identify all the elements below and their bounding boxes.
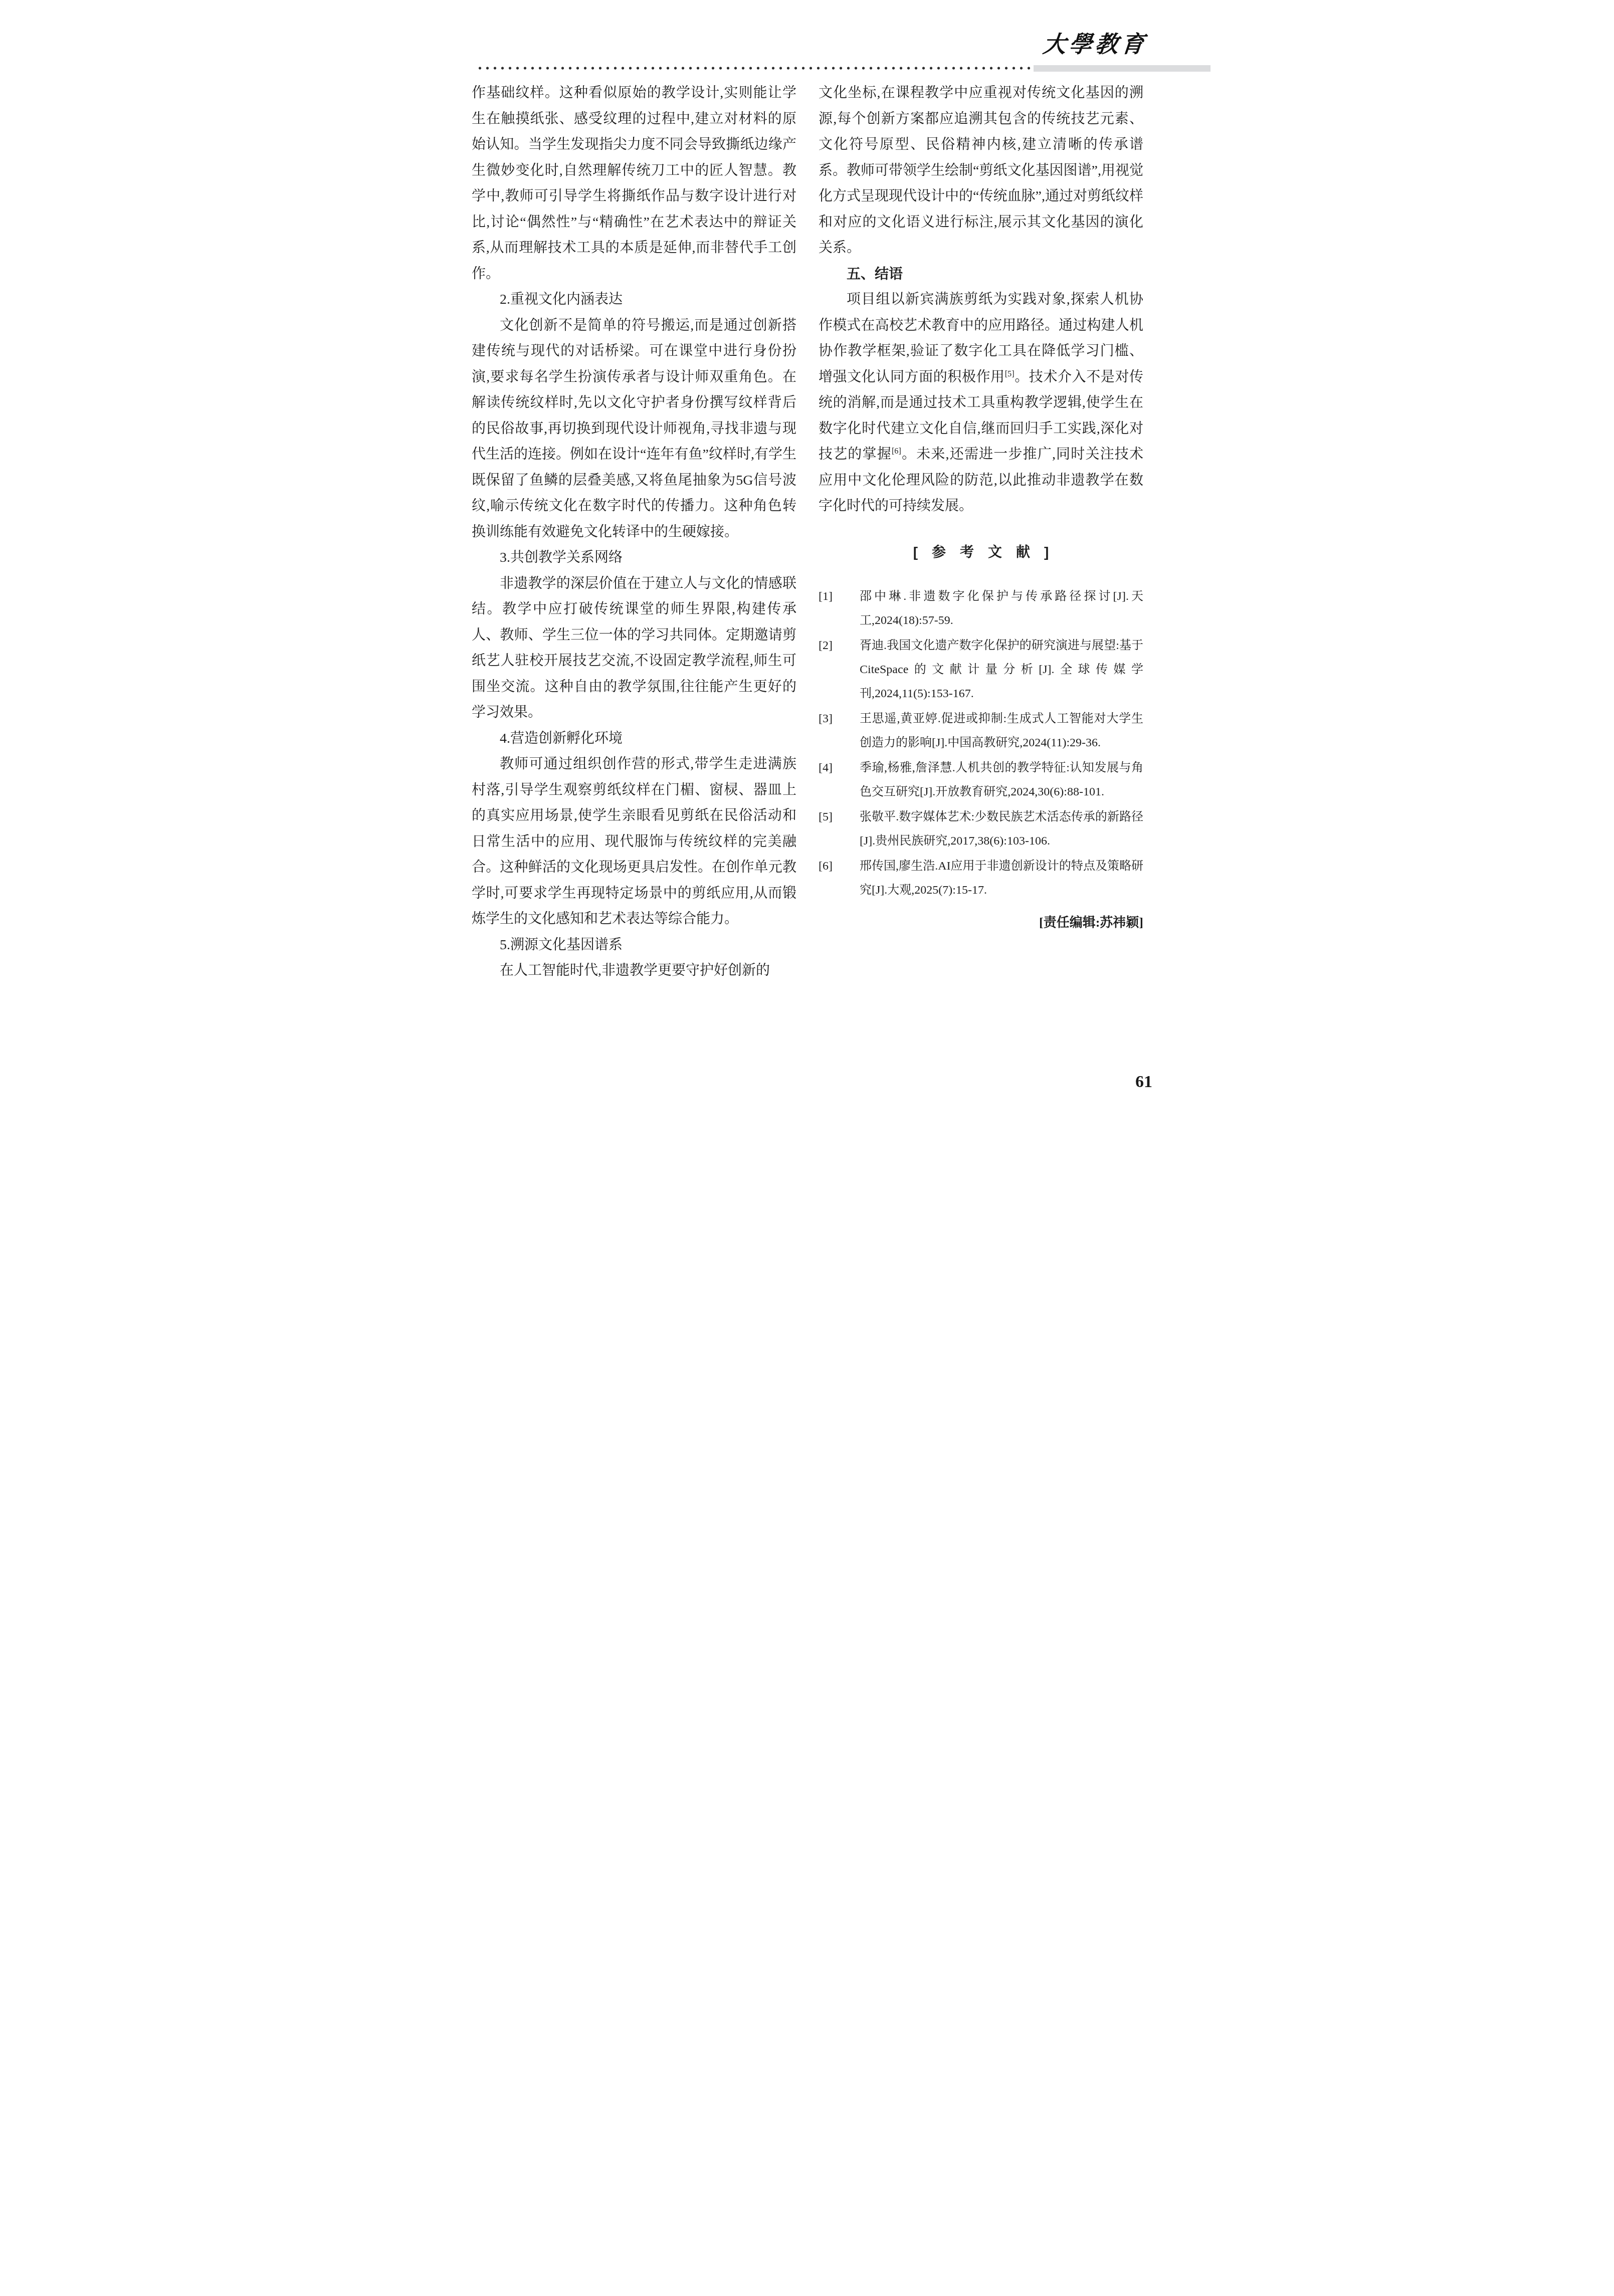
citation-superscript: [5] <box>1005 369 1015 378</box>
reference-item: [2]胥迪.我国文化遗产数字化保护的研究演进与展望:基于CiteSpace的文献… <box>819 634 1143 706</box>
references-header: [ 参 考 文 献 ] <box>819 541 1143 561</box>
journal-logo: 大學教育 <box>1042 26 1149 59</box>
journal-page: 大學教育 作基础纹样。这种看似原始的教学设计,实则能让学生在触摸纸张、感受纹理的… <box>403 0 1210 1148</box>
reference-item: [1]邵中琳.非遗数字化保护与传承路径探讨[J].天工,2024(18):57-… <box>819 584 1143 633</box>
reference-item: [6]邢传国,廖生浩.AI应用于非遗创新设计的特点及策略研究[J].大观,202… <box>819 854 1143 902</box>
header-gray-bar <box>1034 65 1210 72</box>
citation-superscript: [6] <box>892 447 901 456</box>
header-dotted-rule <box>476 65 1034 71</box>
section-heading: 五、结语 <box>819 261 1143 287</box>
reference-number: [6] <box>819 854 833 878</box>
reference-item: [3]王思遥,黄亚婷.促进或抑制:生成式人工智能对大学生创造力的影响[J].中国… <box>819 707 1143 755</box>
paragraph: 作基础纹样。这种看似原始的教学设计,实则能让学生在触摸纸张、感受纹理的过程中,建… <box>472 80 796 287</box>
paragraph: 在人工智能时代,非遗教学更要守护好创新的 <box>472 958 796 984</box>
section-heading: 4.营造创新孵化环境 <box>472 726 796 752</box>
reference-number: [1] <box>819 584 833 608</box>
reference-text: 王思遥,黄亚婷.促进或抑制:生成式人工智能对大学生创造力的影响[J].中国高教研… <box>860 712 1143 749</box>
reference-number: [4] <box>819 756 833 780</box>
reference-text: 胥迪.我国文化遗产数字化保护的研究演进与展望:基于CiteSpace的文献计量分… <box>860 639 1143 700</box>
reference-text: 季瑜,杨雅,詹泽慧.人机共创的教学特征:认知发展与角色交互研究[J].开放教育研… <box>860 761 1143 798</box>
right-column: 文化坐标,在课程教学中应重视对传统文化基因的溯源,每个创新方案都应追溯其包含的传… <box>819 80 1143 931</box>
reference-number: [5] <box>819 805 833 829</box>
reference-number: [2] <box>819 634 833 658</box>
reference-text: 邵中琳.非遗数字化保护与传承路径探讨[J].天工,2024(18):57-59. <box>860 590 1143 627</box>
paragraph: 非遗教学的深层价值在于建立人与文化的情感联结。教学中应打破传统课堂的师生界限,构… <box>472 571 796 726</box>
paragraph: 文化坐标,在课程教学中应重视对传统文化基因的溯源,每个创新方案都应追溯其包含的传… <box>819 80 1143 261</box>
reference-number: [3] <box>819 707 833 731</box>
reference-item: [5]张敬平.数字媒体艺术:少数民族艺术活态传承的新路径[J].贵州民族研究,2… <box>819 805 1143 853</box>
page-number: 61 <box>1135 1073 1152 1092</box>
paragraph: 文化创新不是简单的符号搬运,而是通过创新搭建传统与现代的对话桥梁。可在课堂中进行… <box>472 313 796 545</box>
reference-text: 邢传国,廖生浩.AI应用于非遗创新设计的特点及策略研究[J].大观,2025(7… <box>860 860 1143 897</box>
responsible-editor: [责任编辑:苏祎颖] <box>819 912 1143 931</box>
reference-item: [4]季瑜,杨雅,詹泽慧.人机共创的教学特征:认知发展与角色交互研究[J].开放… <box>819 756 1143 804</box>
section-heading: 2.重视文化内涵表达 <box>472 287 796 313</box>
left-column: 作基础纹样。这种看似原始的教学设计,实则能让学生在触摸纸张、感受纹理的过程中,建… <box>472 80 796 984</box>
section-heading: 5.溯源文化基因谱系 <box>472 932 796 958</box>
references-list: [1]邵中琳.非遗数字化保护与传承路径探讨[J].天工,2024(18):57-… <box>819 584 1143 902</box>
right-column-text: 文化坐标,在课程教学中应重视对传统文化基因的溯源,每个创新方案都应追溯其包含的传… <box>819 80 1143 519</box>
section-heading: 3.共创教学关系网络 <box>472 545 796 571</box>
paragraph: 项目组以新宾满族剪纸为实践对象,探索人机协作模式在高校艺术教育中的应用路径。通过… <box>819 287 1143 519</box>
paragraph: 教师可通过组织创作营的形式,带学生走进满族村落,引导学生观察剪纸纹样在门楣、窗棂… <box>472 751 796 932</box>
reference-text: 张敬平.数字媒体艺术:少数民族艺术活态传承的新路径[J].贵州民族研究,2017… <box>860 810 1143 848</box>
